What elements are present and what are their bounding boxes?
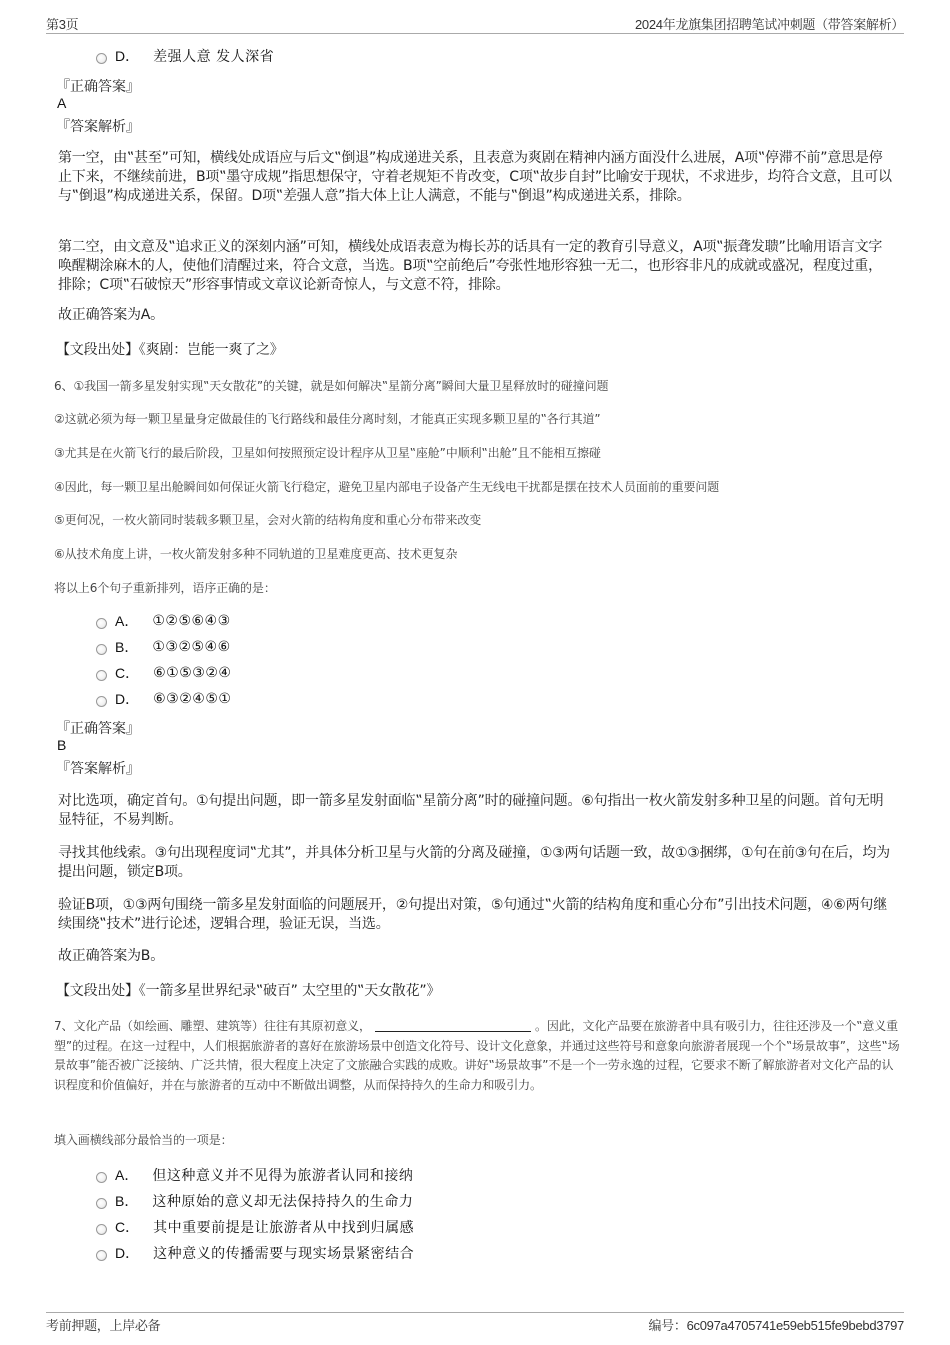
radio-unchecked-icon[interactable] (96, 1172, 107, 1183)
analysis-paragraph: 对比选项，确定首句。①句提出问题，即一箭多星发射面临‟星箭分离”时的碰撞问题。⑥… (58, 792, 894, 830)
question-number: 7、 (54, 1019, 73, 1033)
option-letter: A． (115, 1165, 138, 1185)
q7-option-a[interactable]: A． 但这种意义并不见得为旅游者认同和接纳 (96, 1165, 413, 1185)
q6-sentence-3: ③尤其是在火箭飞行的最后阶段，卫星如何按照预定设计程序从卫星‟座舱”中顺利‟出舱… (54, 444, 914, 461)
question-number: 6、 (54, 379, 73, 393)
correct-answer-label: 『正确答案』 (56, 76, 140, 96)
radio-unchecked-icon[interactable] (96, 696, 107, 707)
analysis-conclusion: 故正确答案为B。 (58, 947, 894, 966)
radio-unchecked-icon[interactable] (96, 53, 107, 64)
q6-option-c[interactable]: C． ⑥①⑤③②④ (96, 663, 231, 683)
option-letter: C． (115, 663, 139, 683)
radio-unchecked-icon[interactable] (96, 644, 107, 655)
correct-answer-value: B (57, 737, 66, 753)
document-title: 2024年龙旗集团招聘笔试冲刺题（带答案解析） (635, 14, 904, 33)
q6-sentence-2: ②这就必须为每一颗卫星量身定做最佳的飞行路线和最佳分离时刻，才能真正实现多颗卫星… (54, 410, 914, 427)
q7-option-b[interactable]: B． 这种原始的意义却无法保持持久的生命力 (96, 1191, 413, 1211)
q6-option-b[interactable]: B． ①③②⑤④⑥ (96, 637, 231, 657)
analysis-paragraph: 验证B项，①③两句围绕一箭多星发射面临的问题展开，②句提出对策，⑤句通过‟火箭的… (58, 896, 894, 934)
source-citation: 【文段出处】《爽剧：岂能一爽了之》 (56, 341, 892, 360)
footer-slogan: 考前押题，上岸必备 (46, 1315, 160, 1334)
option-text: ⑥③②④⑤① (153, 691, 231, 707)
fill-blank-line (375, 1020, 531, 1032)
code-value: 6c097a4705741e59eb515fe9bebd3797 (687, 1318, 904, 1333)
analysis-paragraph: 寻找其他线索。③句出现程度词‟尤其”，并具体分析卫星与火箭的分离及碰撞，①③两句… (58, 844, 894, 882)
analysis-paragraph: 第二空，由文意及‟追求正义的深刻内涵”可知，横线处成语表意为梅长苏的话具有一定的… (58, 238, 894, 295)
q6-option-d[interactable]: D． ⑥③②④⑤① (96, 689, 231, 709)
option-letter: B． (115, 637, 138, 657)
option-text: 这种意义的传播需要与现实场景紧密结合 (153, 1243, 414, 1263)
analysis-label: 『答案解析』 (56, 116, 140, 136)
q6-option-a[interactable]: A． ①②⑤⑥④③ (96, 611, 231, 631)
stem-before-blank: 文化产品（如绘画、雕塑、建筑等）往往有其原初意义， (73, 1019, 371, 1033)
option-text: 其中重要前提是让旅游者从中找到归属感 (153, 1217, 414, 1237)
radio-unchecked-icon[interactable] (96, 1198, 107, 1209)
analysis-label: 『答案解析』 (56, 758, 140, 778)
option-letter: A． (115, 611, 138, 631)
option-text: 但这种意义并不见得为旅游者认同和接纳 (152, 1165, 413, 1185)
option-text: ⑥①⑤③②④ (153, 665, 231, 681)
page-number: 第3页 (46, 14, 78, 33)
q5-option-d[interactable]: D． 差强人意 发人深省 (96, 46, 274, 66)
document-code: 编号：6c097a4705741e59eb515fe9bebd3797 (648, 1315, 904, 1334)
option-letter: D． (115, 689, 139, 709)
radio-unchecked-icon[interactable] (96, 618, 107, 629)
q7-option-d[interactable]: D． 这种意义的传播需要与现实场景紧密结合 (96, 1243, 414, 1263)
q6-prompt: 将以上6个句子重新排列，语序正确的是： (54, 579, 914, 596)
option-text: 差强人意 发人深省 (153, 46, 274, 66)
q7-stem: 7、文化产品（如绘画、雕塑、建筑等）往往有其原初意义，。因此，文化产品要在旅游者… (54, 1017, 902, 1095)
option-text: 这种原始的意义却无法保持持久的生命力 (152, 1191, 413, 1211)
source-citation: 【文段出处】《一箭多星世界纪录‟破百” 太空里的‟天女散花”》 (56, 982, 892, 1001)
radio-unchecked-icon[interactable] (96, 1250, 107, 1261)
q7-option-c[interactable]: C． 其中重要前提是让旅游者从中找到归属感 (96, 1217, 414, 1237)
option-text: ①②⑤⑥④③ (152, 613, 230, 629)
code-label: 编号： (648, 1318, 686, 1333)
page-header: 第3页 2024年龙旗集团招聘笔试冲刺题（带答案解析） (46, 14, 904, 34)
q6-sentence-6: ⑥从技术角度上讲，一枚火箭发射多种不同轨道的卫星难度更高、技术更复杂 (54, 545, 914, 562)
q6-sentence-5: ⑤更何况，一枚火箭同时装载多颗卫星，会对火箭的结构角度和重心分布带来改变 (54, 511, 914, 528)
radio-unchecked-icon[interactable] (96, 1224, 107, 1235)
q6-sentence-4: ④因此，每一颗卫星出舱瞬间如何保证火箭飞行稳定，避免卫星内部电子设备产生无线电干… (54, 478, 914, 495)
q6-sentence-1: 6、①我国一箭多星发射实现‟天女散花”的关键，就是如何解决‟星箭分离”瞬间大量卫… (54, 377, 914, 394)
sentence-text: ①我国一箭多星发射实现‟天女散花”的关键，就是如何解决‟星箭分离”瞬间大量卫星释… (73, 379, 608, 393)
analysis-conclusion: 故正确答案为A。 (58, 306, 894, 325)
q7-prompt: 填入画横线部分最恰当的一项是： (54, 1131, 914, 1148)
radio-unchecked-icon[interactable] (96, 670, 107, 681)
option-letter: B． (115, 1191, 138, 1211)
option-text: ①③②⑤④⑥ (152, 639, 230, 655)
correct-answer-value: A (57, 95, 66, 111)
page-footer: 考前押题，上岸必备 编号：6c097a4705741e59eb515fe9beb… (46, 1312, 904, 1334)
option-letter: C． (115, 1217, 139, 1237)
option-letter: D． (115, 1243, 139, 1263)
correct-answer-label: 『正确答案』 (56, 718, 140, 738)
analysis-paragraph: 第一空，由‟甚至”可知，横线处成语应与后文‟倒退”构成递进关系，且表意为爽剧在精… (58, 149, 894, 206)
option-letter: D． (115, 46, 139, 66)
